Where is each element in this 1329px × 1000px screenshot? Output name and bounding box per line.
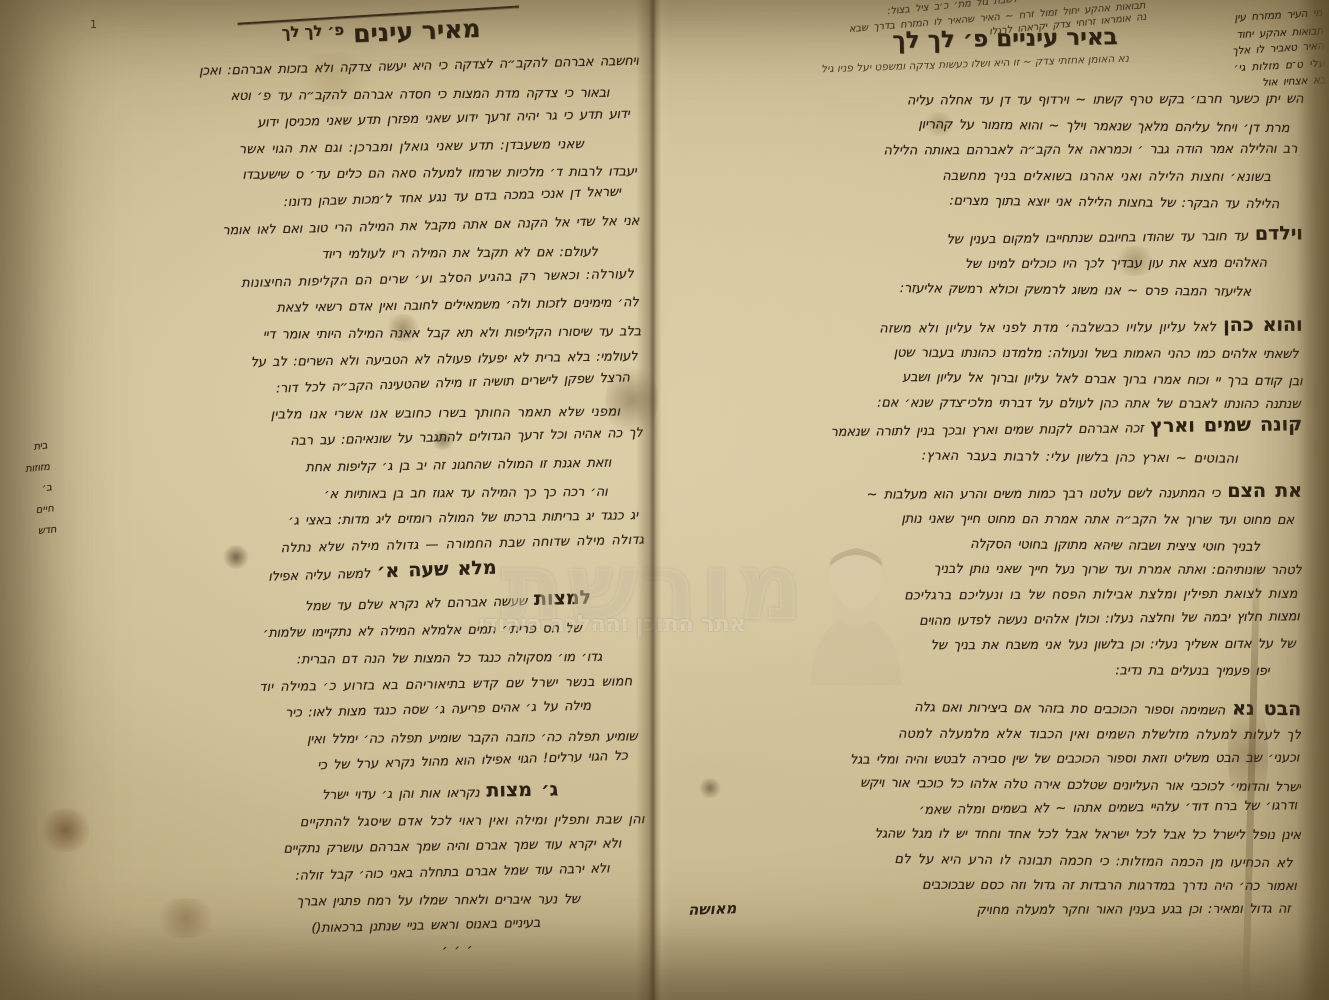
manuscript-line: לטהר שונותיהם: ואתה אמרת ועד שרוך נעל חי… — [688, 556, 1302, 583]
manuscript-line: זה גדול ומאיר: וכן בגע בענין האור וחקר ל… — [687, 897, 1291, 919]
line-text: האלהים מצא את עון עבדיך לכך היו כוכלים ל… — [965, 256, 1267, 272]
manuscript-line: של על אדום אשליך נעלי: וכן בלשון נעל אני… — [687, 632, 1295, 660]
line-text: השמימה וספור הכוכבים סת בזהר אם ביצירות … — [914, 701, 1225, 719]
line-text: ואמור כה׳ היה נדרך במדרגות הרבדות זה גדו… — [922, 878, 1297, 894]
line-text: לה׳ מימינים לזכות ולה׳ משמאילים לחובה וא… — [276, 295, 638, 316]
line-text: לאל עליון עלויו כבשלבה׳ מדת לפני אל עליו… — [879, 320, 1216, 336]
line-text: זכה אברהם לקנות שמים וארץ ובכך בנין לתור… — [831, 422, 1144, 441]
line-text: והבוטים ~ וארץ כהן בלשון עלי: לרבות בעבר… — [922, 448, 1239, 466]
line-text: ישרל והדומי׳ לכוכבי אור העליונים שטלכם א… — [860, 776, 1301, 796]
line-text: לעולם: אם לא תקבל את המילה ריו לעולמי רי… — [321, 245, 598, 262]
line-text: אם מחוט ועד שרוך אל הקב״ה אתה אמרת הם מח… — [901, 512, 1294, 528]
line-text: ויחשבה אברהם להקב״ה לצדקה כי היא יעשה צד… — [199, 54, 639, 79]
page-gutter-fold — [636, 0, 670, 1000]
line-text: כי המתענה לשם עלטנו רבך כמות משים והרע ה… — [867, 486, 1221, 503]
left-title-text: מאיר עינים — [352, 14, 481, 49]
folio-mark: 1 — [90, 18, 97, 31]
line-text: יג כנגד יג בריתות ברכתו של המולה רומזים … — [288, 508, 638, 528]
line-text: שאני משעבדן: תדע שאני גואלן ומברכן: וגם … — [239, 137, 584, 157]
manuscript-line: בשונא׳ וחצות הלילה ואני אהרגו בשואלים בנ… — [689, 163, 1271, 190]
manuscript-line: את הצםכי המתענה לשם עלטנו רבך כמות משים … — [688, 479, 1302, 509]
line-text: הלילה עד הבקר: של בחצות הלילה אני יוצא ב… — [949, 193, 1279, 211]
line-text: לא הכחיעו מן הכמה המזלות: כי חכמה תבונה … — [894, 852, 1292, 871]
catchword: מאושה — [688, 899, 737, 919]
line-text: של חס פריתי׳ תמים אלמלא המילה לא נתקיימו… — [263, 622, 582, 642]
line-text: לעורלה: וכאשר רק בהגיע הסלב וע׳ שרים הם … — [241, 266, 634, 290]
line-text: ישראל דן אנכי במכה בדם עד נגע אחד ל׳מכות… — [283, 185, 621, 211]
line-text: מצות לצואת תפילין ומלצת אבילות הפסח של ב… — [904, 586, 1298, 603]
paragraph-lead-word: ג׳ מצות — [486, 778, 558, 801]
line-text: ולא יקרא עוד שמך אברם והיה שמך אברהם עוש… — [283, 837, 621, 857]
line-text: מילה על ג׳ אהים פריעה ג׳ שסה כנגד מצות ל… — [285, 699, 591, 721]
line-text: ומצות חלוץ יבמה של וחלצה נעלו: וכולן אלה… — [919, 609, 1300, 629]
margin-note-text: ב׳ — [42, 482, 53, 494]
paragraph-lead-word: והוא כהן — [1223, 313, 1302, 335]
manuscript-photo: 1 מאיר עינים פ׳ לך לך ויחשבה אברהם להקב״… — [0, 0, 1329, 1000]
torn-page-edge — [1297, 0, 1329, 1000]
line-text: למשה עליה אפילו — [268, 567, 370, 585]
manuscript-line: אליעזר המבה פרס ~ אנו משוג לרמשק וכולא ר… — [689, 274, 1251, 305]
margin-note-text: מזוזות — [25, 462, 51, 475]
line-text: חמוש בנשר ישרל שם קדש בתיאוריהם בא בזרוע… — [259, 674, 632, 695]
manuscript-line: אינן נופל לישרל כל אבל לכל ישראל אבל לכל… — [687, 821, 1301, 848]
left-page-title: מאיר עינים פ׳ לך לך — [235, 8, 526, 54]
paragraph-lead-word: קונה שמים וארץ — [1150, 414, 1302, 438]
line-text: וזאת אגנת זו המולה שהחגונ זה יב בן ג׳ קל… — [305, 455, 611, 475]
line-text: הרצל שפקן לישרים תושיה זו מילה שהטעינה ה… — [276, 371, 630, 397]
manuscript-line: הבט נאהשמימה וספור הכוכבים סת בזהר אם בי… — [687, 691, 1301, 725]
line-text: לשאתי אלהים כמו כהני האמות בשל ונעולה: מ… — [894, 345, 1299, 361]
manuscript-line: ודרגו׳ של ברח דוד׳ עלהיי בשמים אתהו ~ לא… — [687, 794, 1297, 827]
left-page-text: ויחשבה אברהם להקב״ה לצדקה כי היא יעשה צד… — [7, 51, 654, 1000]
line-text: בעיניים באנוס וראש בניי שנתנן ברכאות() — [311, 916, 540, 936]
manuscript-line: גדו׳ מו׳ מסקולה כנגד כל המצות של הנה דם … — [16, 645, 602, 677]
manuscript-line: יפו פעמיך בנעלים בת נדיב: — [687, 657, 1269, 684]
line-text: ובן קודם ברך יי וכוח אמרו ברוך אברם לאל … — [902, 370, 1302, 389]
line-text: וה׳ רכה כך כך המילה עד אגוז חב בן באותיו… — [324, 484, 607, 501]
line-text: לך כה אהיה וכל זרעך הגדולים להתגבר על שו… — [290, 426, 643, 449]
line-text: וכעני׳ שב הבט משליט וזאת וספור הכוכבים ש… — [850, 751, 1299, 768]
line-text: של נער איברים ולאחר שמלו על רמח פתגין אב… — [296, 892, 580, 909]
right-page-text: הש יתן כשער חרבו׳ בקש טרף קשתו ~ וירדוף … — [687, 87, 1304, 919]
line-text: עד חובר עד שהודו בחיובם שנתחייבו למקום ב… — [946, 229, 1248, 248]
line-text: אינן נופל לישרל כל אבל לכל ישראל אבל לכל… — [875, 827, 1301, 843]
margin-note-text: בית — [33, 440, 48, 453]
line-text: לטהר שונותיהם: ואתה אמרת ועד שרוך נעל חי… — [934, 562, 1302, 578]
manuscript-line: וה׳ רכה כך כך המילה עד אגוז חב בן באותיו… — [13, 479, 607, 511]
line-text: בלב עד שיסורו הקליפות ולא תא קבל אאנה המ… — [263, 324, 641, 342]
manuscript-line: רב והלילה אמר הודה גבר ׳ וכמראה אל הקב״ה… — [689, 137, 1297, 165]
line-text: ודרגו׳ של ברח דוד׳ עלהיי בשמים אתהו ~ לא… — [919, 799, 1297, 819]
manuscript-line: ואמור כה׳ היה נדרך במדרגות הרבדות זה גדו… — [687, 872, 1297, 899]
margin-note-text: חדש — [37, 524, 56, 537]
right-page-title: באיר עיניים פ׳ לך לך — [840, 23, 1170, 55]
manuscript-line: הלילה עד הבקר: של בחצות הלילה אני יוצא ב… — [689, 186, 1279, 217]
line-text: של על אדום אשליך נעלי: וכן בלשון נעל אני… — [931, 637, 1296, 654]
paragraph-lead-word: את הצם — [1227, 480, 1302, 502]
manuscript-line: והבוטים ~ וארץ כהן בלשון עלי: לרבות בעבר… — [688, 441, 1238, 472]
paragraph-lead-word: הבט נא — [1232, 698, 1301, 721]
line-text: נקראו אות והן ג׳ עדוי ישרל — [322, 786, 480, 803]
line-text: ידוע תדע כי גר יהיה זרעך ידוע שאני מפזרן… — [257, 107, 630, 131]
paragraph-lead-word: מלא שעה א׳ — [377, 557, 497, 583]
line-text: לך לעלות למעלה מזלשלת השמים ואין הכבוד א… — [898, 726, 1301, 742]
margin-note-text: חיים — [35, 503, 55, 516]
line-text: כל הגוי ערלים! הגוי אפילו הוא מהול נקרא … — [317, 749, 628, 774]
paragraph-lead-word: וילדם — [1255, 222, 1303, 245]
line-text: רב והלילה אמר הודה גבר ׳ וכמראה אל הקב״ה… — [883, 142, 1297, 159]
manuscript-line: לך לעלות למעלה מזלשלת השמים ואין הכבוד א… — [687, 721, 1301, 748]
manuscript-line: בלב עד שיסורו הקליפות ולא תא קבל אאנה המ… — [11, 319, 641, 351]
line-text: יפו פעמיך בנעלים בת נדיב: — [1115, 664, 1269, 680]
line-text: ומפני שלא תאמר החותך בשרו כחובש אנו אשרי… — [271, 404, 621, 422]
paragraph-lead-word: למצות — [534, 587, 592, 610]
left-title-parasha: פ׳ לך לך — [281, 21, 344, 42]
line-text: ולא ירבה עוד שמל אברם בתחלה באני כוה׳ קב… — [295, 861, 609, 883]
line-text: ובאור כי צדקה מדת המצות כי חסדה אברהם לה… — [231, 85, 610, 103]
line-text: אליעזר המבה פרס ~ אנו משוג לרמשק וכולא ר… — [900, 282, 1251, 301]
line-text: אני אל שדי אל הקנה אם אתה מקבל את המילה … — [222, 213, 639, 238]
line-text: ׳ ׳ ׳ — [442, 942, 473, 958]
manuscript-line: והוא כהןלאל עליון עלויו כבשלבה׳ מדת לפני… — [689, 312, 1303, 342]
line-text: שנתנה כהונתו לאברם של אתה כהן לעולם על ד… — [877, 396, 1300, 412]
line-text: לבניך חוטי ציצית ושבזה שיהא מתוקן בחוטי … — [970, 537, 1260, 555]
line-text: הש יתן כשער חרבו׳ בקש טרף קשתו ~ וירדוף … — [907, 92, 1304, 109]
line-text: שעשה אברהם לא נקרא שלם עד שמל — [305, 594, 527, 614]
line-text: גדולה מילה שדוחה שבת החמורה — גדולה מילה… — [280, 532, 644, 556]
manuscript-line: והן שבת ותפלין ומילה ואין ראוי לכל אדם ש… — [19, 807, 645, 839]
line-text: מרת דן׳ ויחל עליהם מלאך שנאמר וילך ~ והו… — [918, 117, 1289, 136]
line-text: בשונא׳ וחצות הלילה ואני אהרגו בשואלים בנ… — [942, 168, 1271, 184]
line-text: והן שבת ותפלין ומילה ואין ראוי לכל אדם ש… — [300, 812, 645, 830]
line-text: גדו׳ מו׳ מסקולה כנגד כל המצות של הנה דם … — [297, 650, 602, 668]
